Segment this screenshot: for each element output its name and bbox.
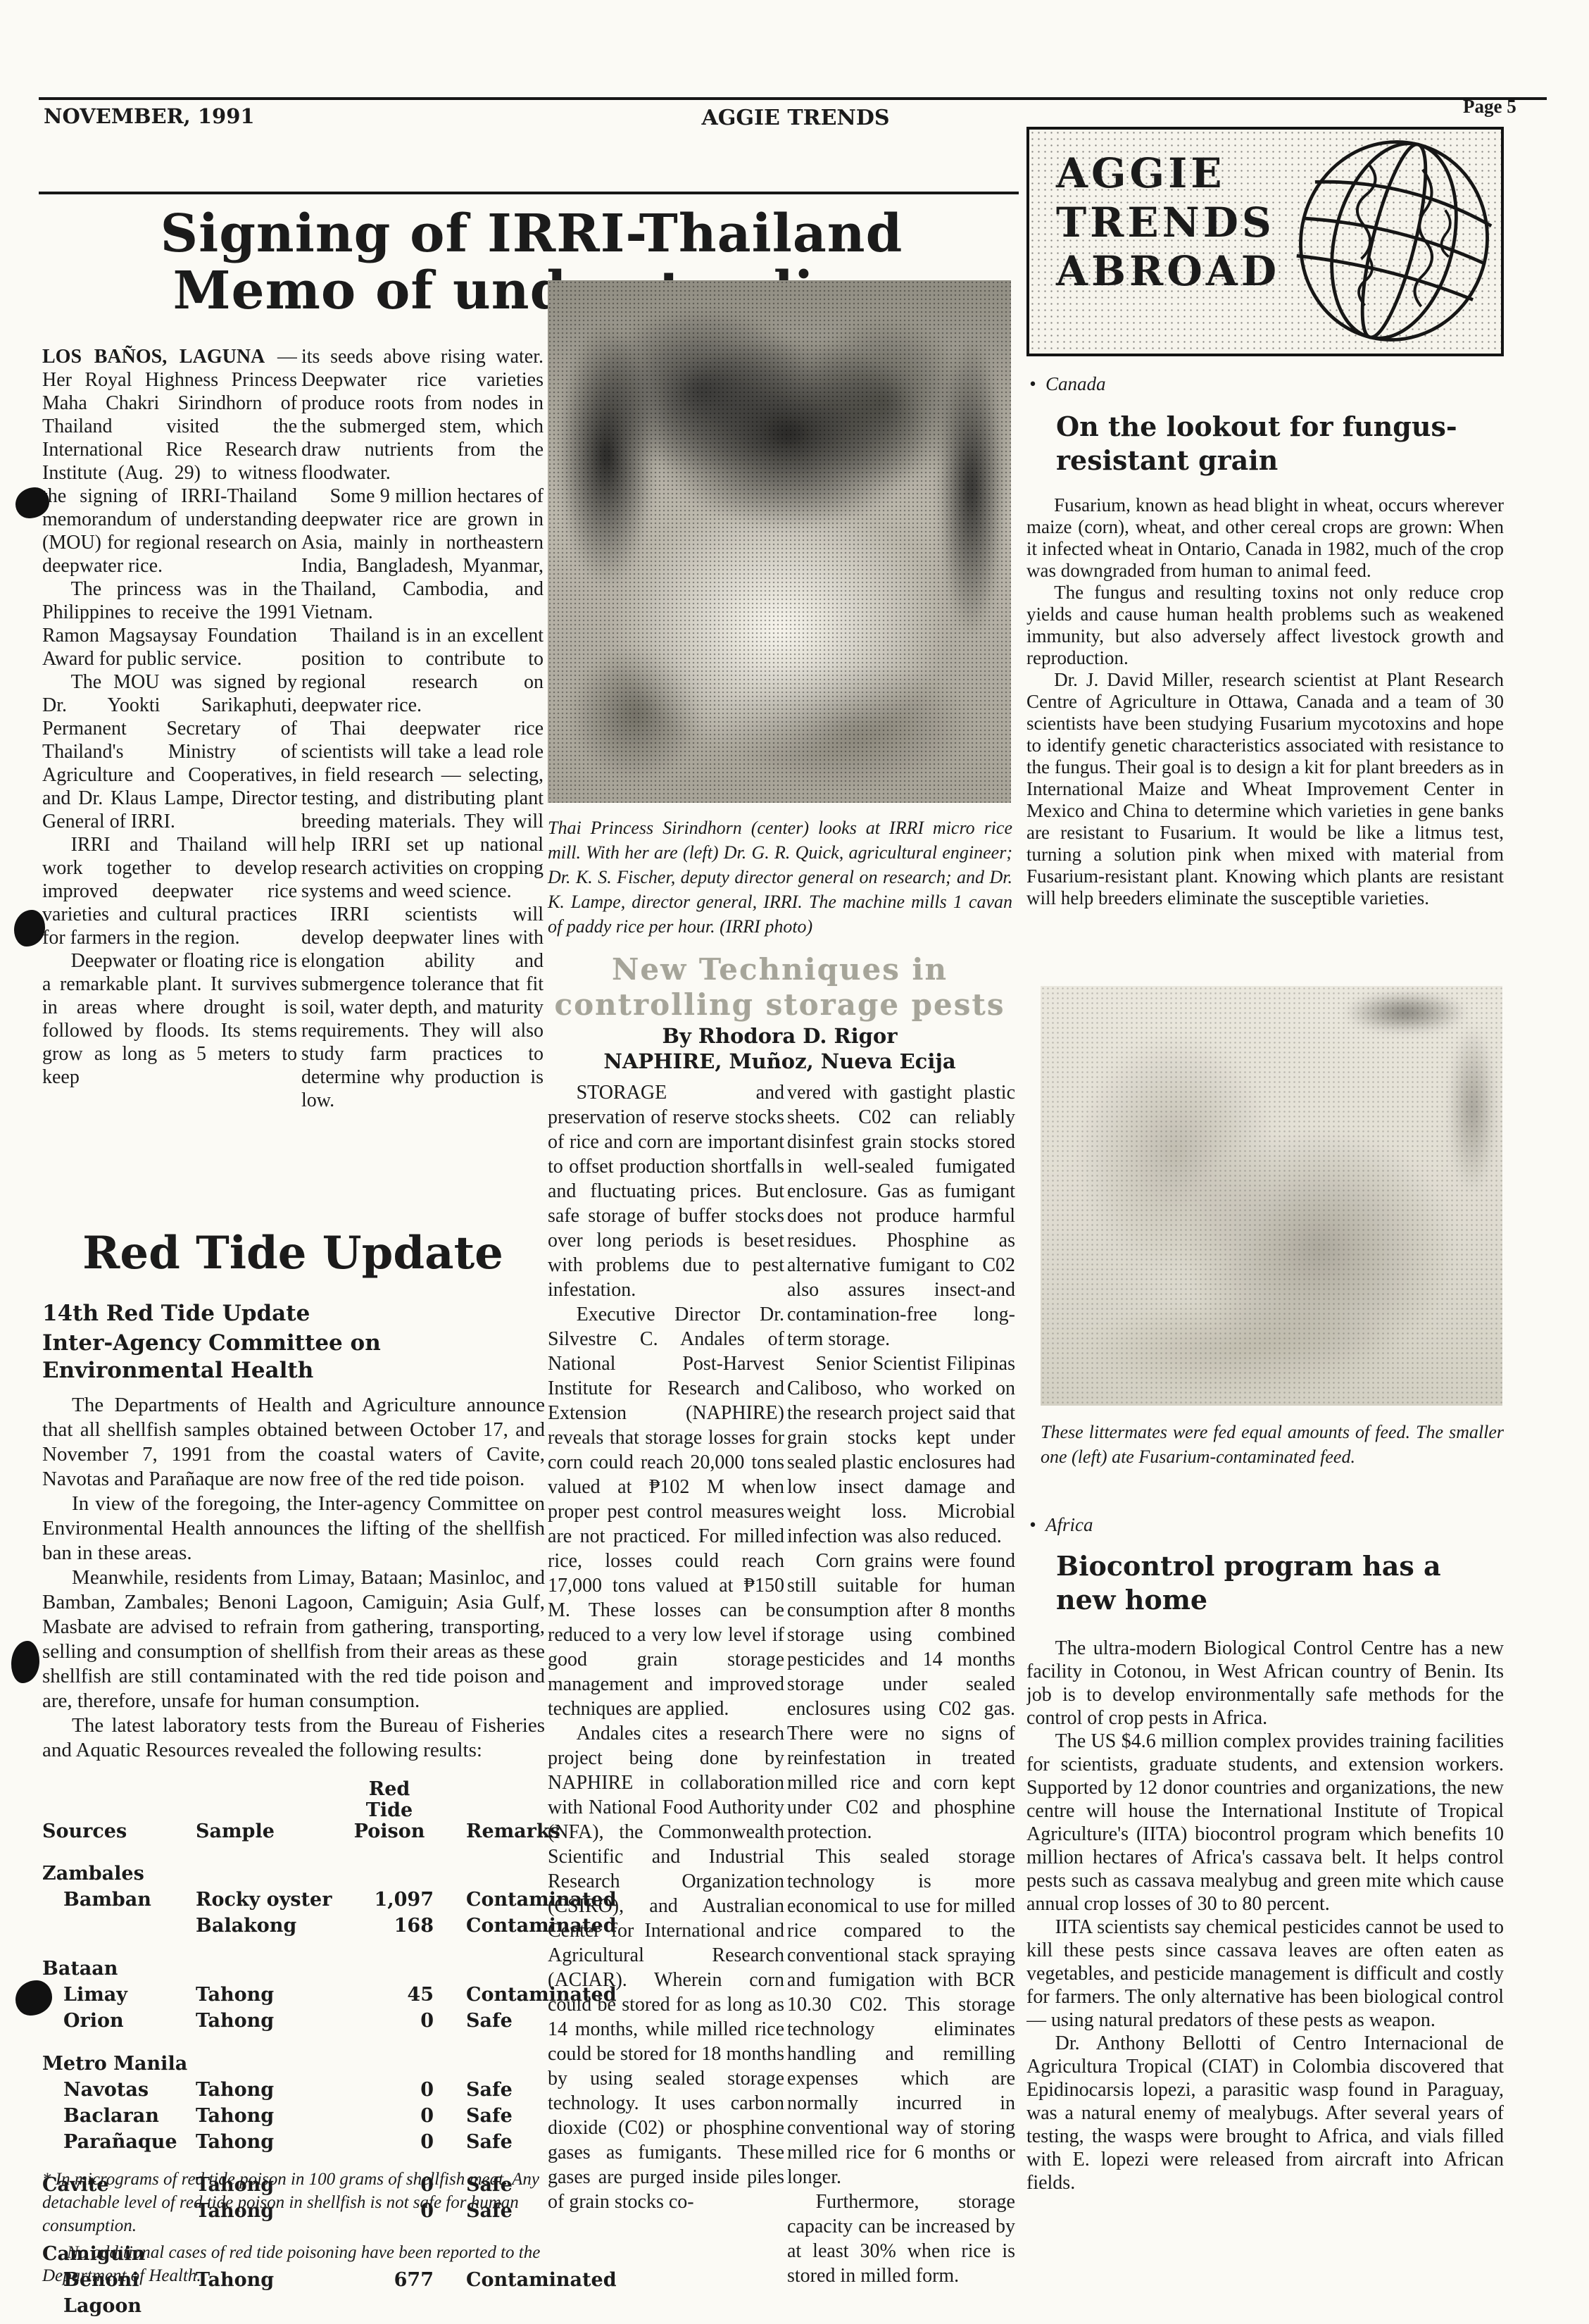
canada-body: Fusarium, known as head blight in wheat,… xyxy=(1026,494,1504,980)
table-cell: 0 xyxy=(345,2103,434,2129)
table-cell: Tahong xyxy=(196,2129,345,2155)
paragraph: The ultra-modern Biological Control Cent… xyxy=(1026,1637,1504,1730)
issue-date: NOVEMBER, 1991 xyxy=(44,104,255,128)
col-header-sources: Sources xyxy=(42,1821,196,1842)
table-cell: 0 xyxy=(345,2008,434,2034)
irri-column1-paragraphs: The princess was in the Philippines to r… xyxy=(42,577,297,1089)
paragraph: Fusarium, known as head blight in wheat,… xyxy=(1026,494,1504,582)
paragraph: IRRI scientists will develop deepwater l… xyxy=(301,903,544,1112)
table-cell: 45 xyxy=(345,1982,434,2008)
storage-cola-paragraphs: STORAGE and preservation of reserve stoc… xyxy=(548,1080,784,2214)
table-cell xyxy=(196,1861,345,1887)
page-number: Page 5 xyxy=(1463,96,1516,118)
paragraph: IRRI and Thailand will work together to … xyxy=(42,833,297,949)
bullet-icon: • xyxy=(1029,373,1036,394)
top-rule xyxy=(39,97,1547,100)
col-header-sample: Sample xyxy=(196,1821,345,1842)
table-row: Zambales xyxy=(42,1861,545,1887)
paragraph: Thai deepwater rice scientists will take… xyxy=(301,717,544,903)
table-cell xyxy=(196,1956,345,1982)
table-cell: Bamban xyxy=(42,1887,196,1913)
irri-photo xyxy=(548,280,1011,803)
table-cell xyxy=(434,1861,545,1887)
table-cell: Safe xyxy=(434,2008,545,2034)
table-footnote-2: No additional cases of red tide poisonin… xyxy=(42,2241,545,2287)
irri-column2-paragraphs: its seeds above rising water. Deepwater … xyxy=(301,345,544,1112)
abroad-line3: ABROAD xyxy=(1056,247,1280,296)
irri-title-line1: Signing of IRRI-Thailand xyxy=(56,206,1007,263)
irri-photo-caption: Thai Princess Sirindhorn (center) looks … xyxy=(548,816,1012,939)
paragraph: Executive Director Dr. Silvestre C. Anda… xyxy=(548,1302,784,1721)
paragraph: The US $4.6 million complex provides tra… xyxy=(1026,1730,1504,1916)
halftone-overlay xyxy=(1041,986,1502,1406)
table-cell xyxy=(434,2051,545,2077)
paragraph: The fungus and resulting toxins not only… xyxy=(1026,582,1504,669)
table-cell: 1,097 xyxy=(345,1887,434,1913)
irri-column-1: LOS BAÑOS, LAGUNA — Her Royal Highness P… xyxy=(42,345,297,1196)
halftone-overlay xyxy=(548,280,1011,803)
abroad-box-title: AGGIE TRENDS ABROAD xyxy=(1056,149,1280,296)
paragraph: The Departments of Health and Agricultur… xyxy=(42,1393,545,1492)
africa-body: The ultra-modern Biological Control Cent… xyxy=(1026,1637,1504,2306)
paragraph: vered with gastight plastic sheets. C02 … xyxy=(787,1080,1015,1351)
table-cell: Safe xyxy=(434,2103,545,2129)
africa-paragraphs: The ultra-modern Biological Control Cent… xyxy=(1026,1637,1504,2194)
storage-column-b: vered with gastight plastic sheets. C02 … xyxy=(787,1080,1015,2300)
canada-paragraphs: Fusarium, known as head blight in wheat,… xyxy=(1026,494,1504,909)
storage-title-line2: controlling storage pests xyxy=(546,987,1014,1023)
red-tide-paragraphs: The Departments of Health and Agricultur… xyxy=(42,1393,545,1763)
col-header-remarks: Remarks xyxy=(434,1821,560,1842)
aggie-trends-abroad-box: AGGIE TRENDS ABROAD xyxy=(1026,127,1504,356)
table-cell: Metro Manila xyxy=(42,2051,196,2077)
table-cell: Orion xyxy=(42,2008,196,2034)
africa-tag: • Africa xyxy=(1029,1514,1093,1536)
storage-byline: By Rhodora D. Rigor xyxy=(546,1024,1014,1048)
canada-heading: On the lookout for fungus-resistant grai… xyxy=(1056,410,1486,477)
paragraph: Andales cites a research project being d… xyxy=(548,1721,784,2214)
table-cell: Tahong xyxy=(196,1982,345,2008)
paragraph: Some 9 million hectares of deepwater ric… xyxy=(301,485,544,624)
table-cell: Tahong xyxy=(196,2103,345,2129)
ink-blotch xyxy=(11,1641,39,1683)
paragraph: In view of the foregoing, the Inter-agen… xyxy=(42,1492,545,1566)
canada-tag: • Canada xyxy=(1029,373,1105,395)
irri-paragraph-1: — Her Royal Highness Princess Maha Chakr… xyxy=(42,346,297,577)
table-cell: Safe xyxy=(434,2129,545,2155)
table-row: Balakong168Contaminated xyxy=(42,1913,545,1939)
littermates-photo xyxy=(1041,986,1502,1406)
paragraph: This sealed storage technology is more e… xyxy=(787,1844,1015,2189)
paragraph: Meanwhile, residents from Limay, Bataan;… xyxy=(42,1566,545,1713)
irri-lead-paragraph: LOS BAÑOS, LAGUNA — Her Royal Highness P… xyxy=(42,345,297,577)
paragraph: Thailand is in an excellent position to … xyxy=(301,624,544,717)
table-row: OrionTahong0Safe xyxy=(42,2008,545,2034)
table-cell: 0 xyxy=(345,2077,434,2103)
bullet-icon: • xyxy=(1029,1514,1036,1535)
red-tide-body: The Departments of Health and Agricultur… xyxy=(42,1393,545,1785)
table-cell: Safe xyxy=(434,2077,545,2103)
storage-title-line1: New Techniques in xyxy=(546,952,1014,987)
storage-colb-paragraphs: vered with gastight plastic sheets. C02 … xyxy=(787,1080,1015,2288)
africa-tag-label: Africa xyxy=(1045,1514,1093,1535)
table-row: BaclaranTahong0Safe xyxy=(42,2103,545,2129)
littermates-caption: These littermates were fed equal amounts… xyxy=(1041,1420,1504,1469)
table-cell: 0 xyxy=(345,2129,434,2155)
table-row: NavotasTahong0Safe xyxy=(42,2077,545,2103)
ink-blotch xyxy=(14,910,45,947)
mid-rule xyxy=(39,192,1019,194)
table-cell xyxy=(196,2051,345,2077)
table-cell xyxy=(345,1956,434,1982)
paragraph: The princess was in the Philippines to r… xyxy=(42,577,297,670)
storage-column-a: STORAGE and preservation of reserve stoc… xyxy=(548,1080,784,2300)
paragraph: Dr. Anthony Bellotti of Centro Internaci… xyxy=(1026,2032,1504,2194)
newspaper-page: NOVEMBER, 1991 AGGIE TRENDS Page 5 Signi… xyxy=(0,0,1589,2324)
table-cell: Balakong xyxy=(196,1913,345,1939)
table-row: LimayTahong45Contaminated xyxy=(42,1982,545,2008)
red-tide-title: Red Tide Update xyxy=(42,1227,544,1280)
paragraph: The latest laboratory tests from the Bur… xyxy=(42,1713,545,1763)
table-cell: Bataan xyxy=(42,1956,196,1982)
storage-article-title: New Techniques in controlling storage pe… xyxy=(546,952,1014,1023)
red-tide-subhead-1: 14th Red Tide Update xyxy=(42,1300,544,1327)
abroad-line2: TRENDS xyxy=(1056,199,1280,248)
table-cell xyxy=(42,1913,196,1939)
table-row: Metro Manila xyxy=(42,2051,545,2077)
paragraph: Dr. J. David Miller, research scientist … xyxy=(1026,669,1504,909)
globe-icon xyxy=(1288,135,1500,346)
table-cell xyxy=(345,2051,434,2077)
paragraph: Senior Scientist Filipinas Caliboso, who… xyxy=(787,1351,1015,1549)
table-cell: Tahong xyxy=(196,2077,345,2103)
paragraph: STORAGE and preservation of reserve stoc… xyxy=(548,1080,784,1302)
table-cell: 168 xyxy=(345,1913,434,1939)
abroad-line1: AGGIE xyxy=(1056,149,1280,199)
storage-affiliation: NAPHIRE, Muñoz, Nueva Ecija xyxy=(546,1049,1014,1073)
red-tide-table: Sources Sample Red Tide Poison Remarks Z… xyxy=(42,1779,545,2319)
table-cell: Parañaque xyxy=(42,2129,196,2155)
col-header-poison: Red Tide Poison xyxy=(345,1779,434,1842)
canada-tag-label: Canada xyxy=(1045,373,1106,394)
table-cell: Baclaran xyxy=(42,2103,196,2129)
paragraph: its seeds above rising water. Deepwater … xyxy=(301,345,544,485)
paragraph: Corn grains were found still suitable fo… xyxy=(787,1549,1015,1844)
table-cell: Tahong xyxy=(196,2008,345,2034)
red-tide-subhead-2: Inter-Agency Committee on Environmental … xyxy=(42,1330,544,1385)
table-cell: Contaminated xyxy=(434,1913,617,1939)
dateline: LOS BAÑOS, LAGUNA xyxy=(42,346,265,368)
table-footnote-1: * In micrograms of red tide poison in 10… xyxy=(42,2168,545,2237)
table-header-row: Sources Sample Red Tide Poison Remarks xyxy=(42,1779,545,1842)
table-cell: Contaminated xyxy=(434,1982,617,2008)
irri-column-2: its seeds above rising water. Deepwater … xyxy=(301,345,544,1196)
paragraph: Furthermore, storage capacity can be inc… xyxy=(787,2189,1015,2288)
table-cell: Limay xyxy=(42,1982,196,2008)
table-cell: Navotas xyxy=(42,2077,196,2103)
table-row: ParañaqueTahong0Safe xyxy=(42,2129,545,2155)
table-row: Bataan xyxy=(42,1956,545,1982)
paragraph: Deepwater or floating rice is a remarkab… xyxy=(42,949,297,1089)
table-cell: Zambales xyxy=(42,1861,196,1887)
table-cell xyxy=(345,1861,434,1887)
table-row: BambanRocky oyster1,097Contaminated xyxy=(42,1887,545,1913)
africa-heading: Biocontrol program has a new home xyxy=(1056,1549,1493,1616)
table-cell xyxy=(434,1956,545,1982)
masthead: AGGIE TRENDS xyxy=(634,106,957,130)
table-cell: Contaminated xyxy=(434,1887,617,1913)
paragraph: IITA scientists say chemical pesticides … xyxy=(1026,1916,1504,2032)
table-cell: Rocky oyster xyxy=(196,1887,345,1913)
paragraph: The MOU was signed by Dr. Yookti Sarikap… xyxy=(42,670,297,833)
